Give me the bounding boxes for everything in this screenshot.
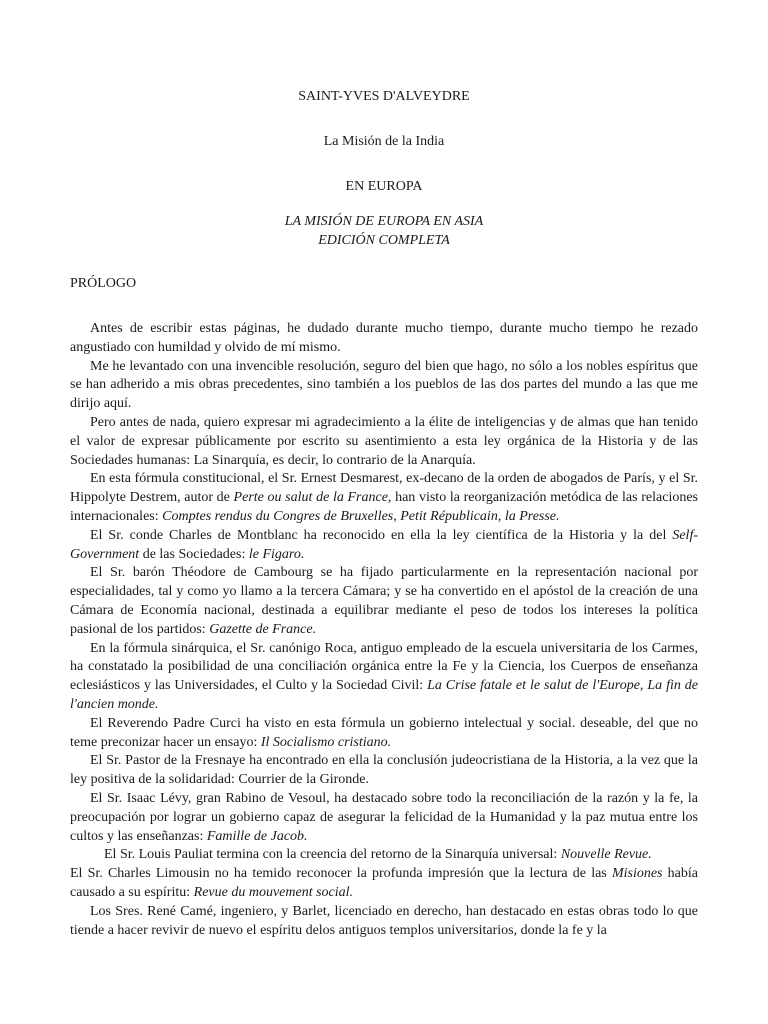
paragraph: El Sr. barón Théodore de Cambourg se ha … xyxy=(70,564,698,639)
paragraph: El Reverendo Padre Curci ha visto en est… xyxy=(70,715,698,753)
prologue-body: Antes de escribir estas páginas, he duda… xyxy=(70,320,698,940)
paragraph: En la fórmula sinárquica, el Sr. canónig… xyxy=(70,640,698,715)
book-title: La Misión de la India xyxy=(70,133,698,152)
author-name: SAINT-YVES D'ALVEYDRE xyxy=(70,88,698,107)
paragraph: Antes de escribir estas páginas, he duda… xyxy=(70,320,698,358)
paragraph: Pero antes de nada, quiero expresar mi a… xyxy=(70,414,698,470)
book-subtitle: LA MISIÓN DE EUROPA EN ASIA EDICIÓN COMP… xyxy=(70,213,698,251)
subtitle-line-2: EDICIÓN COMPLETA xyxy=(70,232,698,251)
subtitle-line-1: LA MISIÓN DE EUROPA EN ASIA xyxy=(70,213,698,232)
paragraph: El Sr. Louis Pauliat termina con la cree… xyxy=(70,846,698,865)
paragraph: Me he levantado con una invencible resol… xyxy=(70,358,698,414)
paragraph: Los Sres. René Camé, ingeniero, y Barlet… xyxy=(70,903,698,941)
section-heading: PRÓLOGO xyxy=(70,275,136,294)
paragraph: El Sr. Isaac Lévy, gran Rabino de Vesoul… xyxy=(70,790,698,846)
paragraph: El Sr. Pastor de la Fresnaye ha encontra… xyxy=(70,752,698,790)
paragraph: El Sr. Charles Limousin no ha temido rec… xyxy=(70,865,698,903)
paragraph: En esta fórmula constitucional, el Sr. E… xyxy=(70,470,698,526)
part-title: EN EUROPA xyxy=(70,178,698,197)
paragraph: El Sr. conde Charles de Montblanc ha rec… xyxy=(70,527,698,565)
